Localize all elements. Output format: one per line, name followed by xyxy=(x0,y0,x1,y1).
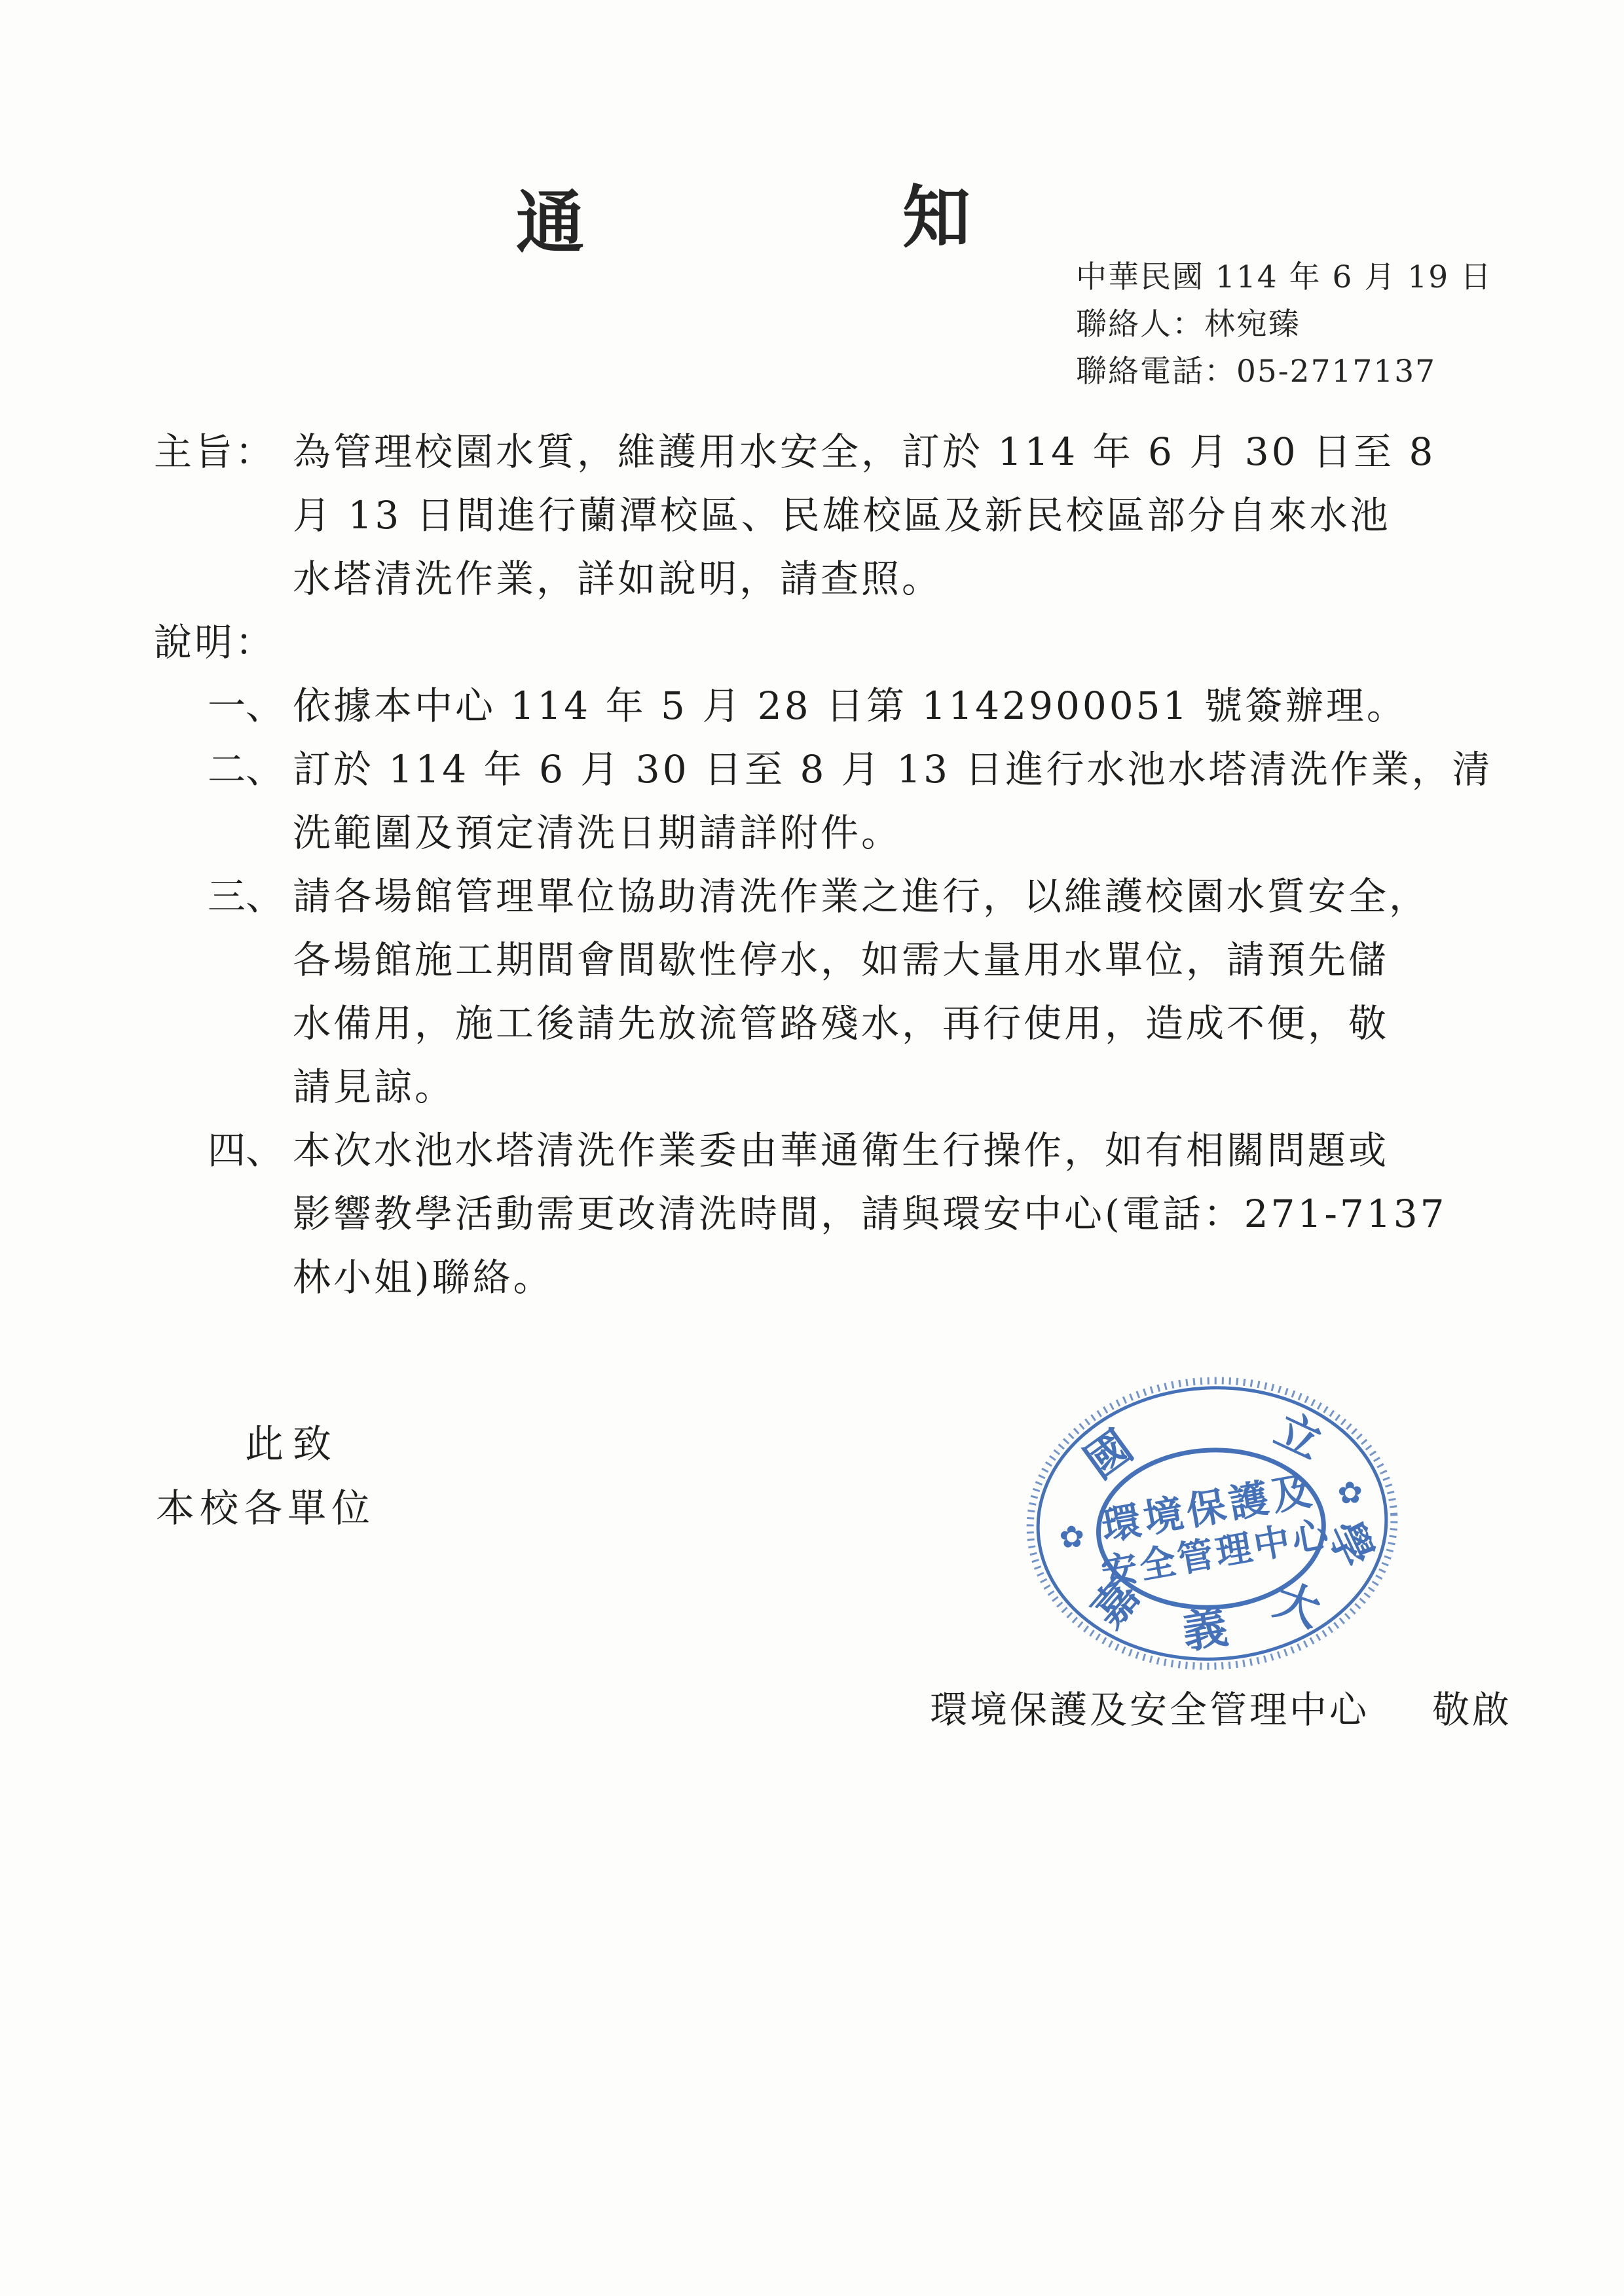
page-title-char-1: 通 xyxy=(516,168,584,266)
subject-line: 月 13 日間進行蘭潭校區、民雄校區及新民校區部分自來水池 xyxy=(293,484,1503,547)
closing-salute: 此致 xyxy=(245,1413,341,1468)
explanation-item-2: 二、 訂於 114 年 6 月 30 日至 8 月 13 日進行水池水塔清洗作業… xyxy=(154,738,1503,865)
contact-phone-line: 聯絡電話：05-2717137 xyxy=(1076,348,1492,395)
item-line: 洗範圍及預定清洗日期請詳附件。 xyxy=(293,801,1503,865)
item-marker: 四、 xyxy=(208,1119,284,1182)
signature-line: 環境保護及安全管理中心敬啟 xyxy=(930,1680,1512,1734)
contact-person-line: 聯絡人：林宛臻 xyxy=(1076,301,1492,348)
item-marker: 二、 xyxy=(208,738,284,801)
explanation-item-4: 四、 本次水池水塔清洗作業委由華通衛生行操作，如有相關問題或 影響教學活動需更改… xyxy=(154,1119,1503,1309)
item-line: 訂於 114 年 6 月 30 日至 8 月 13 日進行水池水塔清洗作業，清 xyxy=(293,738,1503,801)
item-line: 本次水池水塔清洗作業委由華通衛生行操作，如有相關問題或 xyxy=(293,1119,1503,1182)
header-info-block: 中華民國 114 年 6 月 19 日 聯絡人：林宛臻 聯絡電話：05-2717… xyxy=(1076,254,1492,395)
item-line: 請見諒。 xyxy=(293,1055,1503,1119)
signature-unit-name: 環境保護及安全管理中心 xyxy=(930,1688,1369,1732)
item-line: 水備用，施工後請先放流管路殘水，再行使用，造成不便，敬 xyxy=(293,992,1503,1055)
item-marker: 三、 xyxy=(208,865,284,928)
explanation-item-1: 一、 依據本中心 114 年 5 月 28 日第 1142900051 號簽辦理… xyxy=(154,674,1503,738)
stamp-flower-right-icon: ✿ xyxy=(1337,1474,1363,1511)
item-line: 依據本中心 114 年 5 月 28 日第 1142900051 號簽辦理。 xyxy=(293,674,1503,738)
closing-recipient: 本校各單位 xyxy=(156,1477,375,1533)
subject-line: 為管理校園水質，維護用水安全，訂於 114 年 6 月 30 日至 8 xyxy=(293,420,1503,484)
item-line: 影響教學活動需更改清洗時間，請與環安中心(電話：271-7137 xyxy=(293,1182,1503,1246)
subject-label: 主旨： xyxy=(154,420,276,484)
date-line: 中華民國 114 年 6 月 19 日 xyxy=(1076,254,1492,301)
item-line: 請各場館管理單位協助清洗作業之進行，以維護校園水質安全， xyxy=(293,865,1503,928)
item-line: 各場館施工期間會間歇性停水，如需大量用水單位，請預先儲 xyxy=(293,928,1503,992)
stamp-graphic: 國 立 學 大 義 嘉 ✿ ✿ 環境保護及 安全管理中心 xyxy=(1011,1360,1413,1687)
item-line: 林小姐)聯絡。 xyxy=(293,1246,1503,1309)
subject-line: 水塔清洗作業，詳如說明，請查照。 xyxy=(293,547,1503,611)
stamp-ring-char-guo: 國 xyxy=(1075,1421,1142,1489)
item-marker: 一、 xyxy=(208,674,284,738)
explanation-label: 說明： xyxy=(154,611,1503,674)
official-stamp: 國 立 學 大 義 嘉 ✿ ✿ 環境保護及 安全管理中心 xyxy=(1011,1360,1413,1687)
stamp-flower-left-icon: ✿ xyxy=(1058,1518,1085,1555)
stamp-ring-char-yi: 義 xyxy=(1179,1601,1232,1660)
page-title-char-2: 知 xyxy=(902,162,970,261)
notice-body: 主旨： 為管理校園水質，維護用水安全，訂於 114 年 6 月 30 日至 8 … xyxy=(154,420,1503,1309)
signature-suffix: 敬啟 xyxy=(1432,1688,1512,1732)
subject-paragraph: 主旨： 為管理校園水質，維護用水安全，訂於 114 年 6 月 30 日至 8 … xyxy=(154,420,1503,611)
explanation-item-3: 三、 請各場館管理單位協助清洗作業之進行，以維護校園水質安全， 各場館施工期間會… xyxy=(154,865,1503,1119)
notice-document: 通 知 中華民國 114 年 6 月 19 日 聯絡人：林宛臻 聯絡電話：05-… xyxy=(0,0,1624,2296)
